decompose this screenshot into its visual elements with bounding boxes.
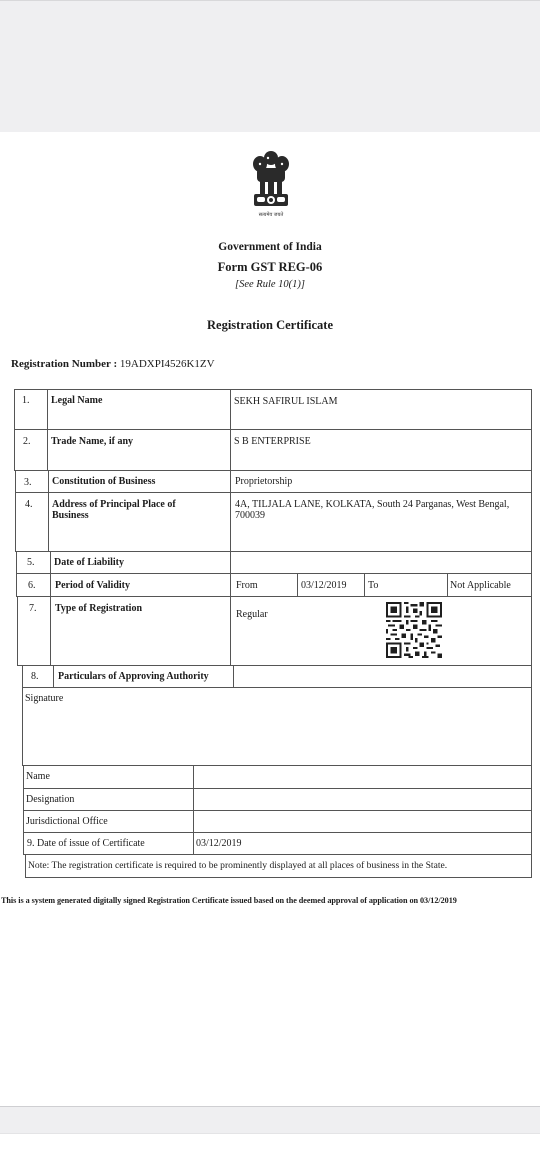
viewer-background <box>0 1134 540 1170</box>
row-1-label: Legal Name <box>51 395 102 406</box>
form-number: Form GST REG-06 <box>0 260 540 275</box>
qr-code-icon[interactable] <box>386 601 442 659</box>
row-3-number: 3. <box>24 477 32 488</box>
legal-name-value: SEKH SAFIRUL ISLAM <box>234 396 338 407</box>
constitution-value: Proprietorship <box>235 476 292 487</box>
viewer-top-bar <box>0 0 540 132</box>
row-2-number: 2. <box>23 436 31 447</box>
row-7-number: 7. <box>29 603 37 614</box>
row-5-number: 5. <box>27 557 35 568</box>
registration-number: Registration Number : 19ADXPI4526K1ZV <box>11 358 215 370</box>
issue-date-label: 9. Date of issue of Certificate <box>27 838 145 849</box>
registration-type-value: Regular <box>236 609 268 620</box>
certificate-title: Registration Certificate <box>0 318 540 333</box>
display-note: Note: The registration certificate is re… <box>28 860 447 871</box>
emblem-motto: सत्यमेव जयते <box>240 212 302 218</box>
validity-to-label: To <box>368 580 378 591</box>
row-4-number: 4. <box>25 499 33 510</box>
row-4-label: Address of Principal Place of Business <box>52 499 212 521</box>
designation-label: Designation <box>26 794 74 805</box>
trade-name-value: S B ENTERPRISE <box>234 436 311 447</box>
rule-reference: [See Rule 10(1)] <box>0 279 540 290</box>
issue-date-value: 03/12/2019 <box>196 838 242 849</box>
row-1-number: 1. <box>22 395 30 406</box>
name-label: Name <box>26 771 50 782</box>
row-8-number: 8. <box>31 671 39 682</box>
address-value: 4A, TILJALA LANE, KOLKATA, South 24 Parg… <box>235 499 525 521</box>
row-6-number: 6. <box>28 580 36 591</box>
row-2-label: Trade Name, if any <box>51 436 133 447</box>
viewer-bottom-bar <box>0 1106 540 1134</box>
jurisdictional-office-label: Jurisdictional Office <box>26 816 108 827</box>
government-heading: Government of India <box>0 241 540 253</box>
row-5-label: Date of Liability <box>54 557 124 568</box>
registration-number-label: Registration Number : <box>11 358 117 370</box>
validity-from-date: 03/12/2019 <box>301 580 347 591</box>
signature-label: Signature <box>25 693 63 704</box>
system-generated-footer: This is a system generated digitally sig… <box>1 896 540 905</box>
validity-to-value: Not Applicable <box>450 580 511 591</box>
row-6-label: Period of Validity <box>55 580 130 591</box>
national-emblem-icon <box>248 148 294 212</box>
row-8-label: Particulars of Approving Authority <box>58 671 209 682</box>
row-7-label: Type of Registration <box>55 603 142 614</box>
validity-from-label: From <box>236 580 258 591</box>
row-3-label: Constitution of Business <box>52 476 155 487</box>
registration-number-value: 19ADXPI4526K1ZV <box>120 358 215 370</box>
